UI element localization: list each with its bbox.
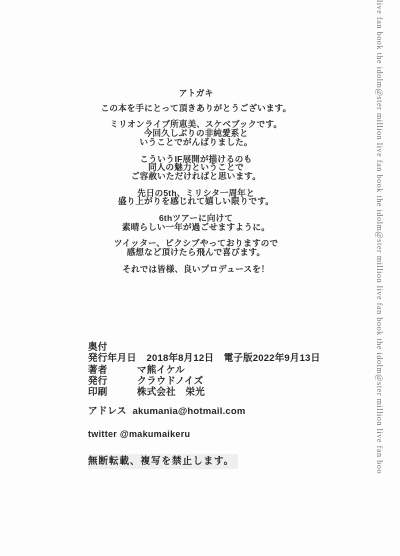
colophon-row-value: 株式会社 栄光 [137,387,205,398]
colophon-heading: 奥付 [88,342,368,353]
afterword-paragraph: それでは皆様、良いプロデュースを！ [0,265,392,274]
afterword-title: アトガキ [0,89,392,98]
colophon-row-value: クラウドノイズ [137,376,203,387]
colophon-row-value: 2018年8月12日 電子版2022年9月13日 [147,353,321,364]
afterword-paragraph: この本を手にとって頂きありがとうございます。 [0,104,392,113]
colophon-row: 印刷 株式会社 栄光 [88,387,368,398]
afterword-line: それでは皆様、良いプロデュースを！ [0,265,392,274]
afterword-section: アトガキ この本を手にとって頂きありがとうございます。 ミリオンライブ所恵美、ス… [0,89,392,282]
afterword-paragraph: ミリオンライブ所恵美、スケベブックです。 今回久しぶりの非純愛系と いうことでが… [0,120,392,146]
scanned-page: アトガキ この本を手にとって頂きありがとうございます。 ミリオンライブ所恵美、ス… [0,0,400,556]
afterword-line: ご容赦いただければと思います。 [0,172,392,181]
afterword-line: この本を手にとって頂きありがとうございます。 [0,104,392,113]
twitter-handle: twitter @makumaikeru [88,429,368,440]
colophon-row-label: 著者 [88,365,127,376]
copyright-notice: 無断転載、複写を禁止します。 [88,454,238,469]
colophon-row: 発行 クラウドノイズ [88,376,368,387]
address-label: アドレス [88,406,127,417]
email-text: akumania@hotmail.com [133,406,246,417]
afterword-line: 素晴らしい一年が過ごせますように。 [0,223,392,232]
colophon-row: 著者 マ熊イケル [88,365,368,376]
afterword-line: 盛り上がりを感じれて嬉しい限りです。 [0,197,392,206]
copyright-notice-row: 無断転載、複写を禁止します。 [88,456,368,467]
colophon-row-value: マ熊イケル [137,365,185,376]
afterword-paragraph: ツイッター、ピクシブやっておりますので 感想など頂けたら飛んで喜びます。 [0,239,392,256]
page-edge-text: live fan book the idolm@ster million liv… [372,0,387,556]
afterword-paragraph: 6thツアーに向けて 素晴らしい一年が過ごせますように。 [0,214,392,231]
colophon-section: 奥付 発行年月日 2018年8月12日 電子版2022年9月13日 著者 マ熊イ… [88,342,368,467]
address-row: アドレス akumania@hotmail.com [88,406,368,417]
colophon-row-label: 発行 [88,376,127,387]
afterword-paragraph: こういうIF展開が描けるのも 同人の魅力ということで ご容赦いただければと思いま… [0,155,392,181]
afterword-line: 感想など頂けたら飛んで喜びます。 [0,248,392,257]
colophon-row: 発行年月日 2018年8月12日 電子版2022年9月13日 [88,353,368,364]
afterword-paragraph: 先日の5th、ミリシタ一周年と 盛り上がりを感じれて嬉しい限りです。 [0,189,392,206]
afterword-line: いうことでがんばりました。 [0,138,392,147]
colophon-row-label: 印刷 [88,387,127,398]
colophon-row-label: 発行年月日 [88,353,137,364]
